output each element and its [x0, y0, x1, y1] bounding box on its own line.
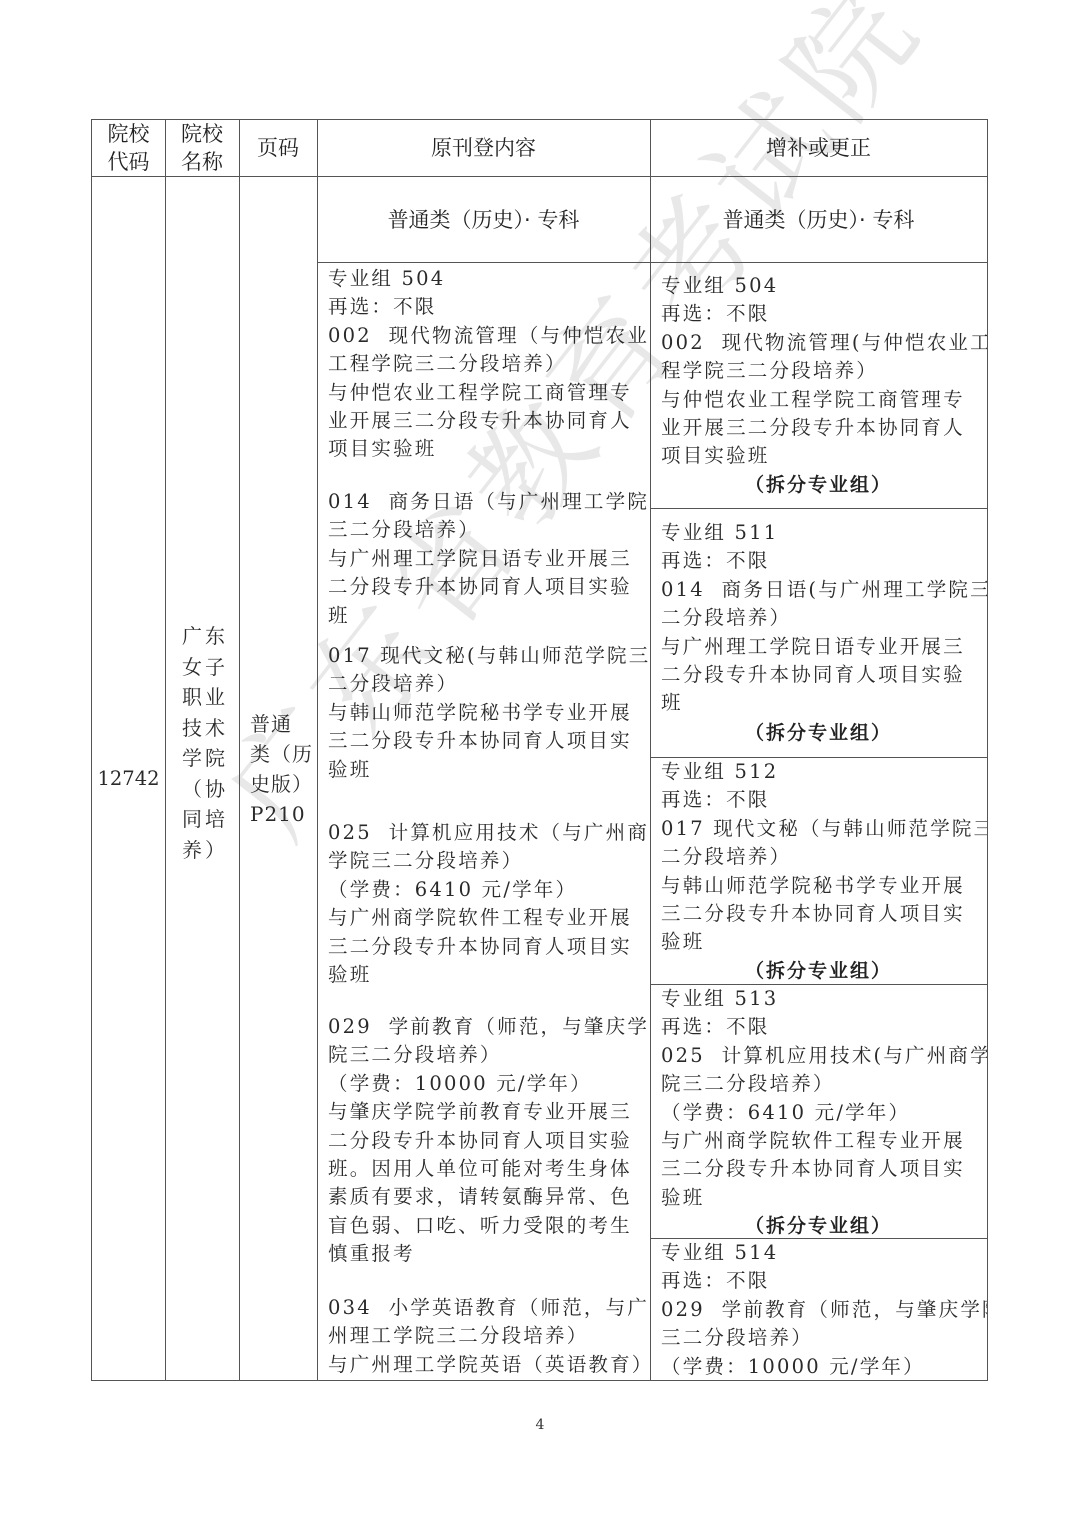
- split-group-note: （拆分专业组）: [650, 1211, 987, 1238]
- header-page: 页码: [239, 120, 317, 176]
- original-content-cell: 专业组 504 再选：不限 002 现代物流管理（与仲恺农业 工程学院三二分段培…: [317, 262, 650, 1380]
- correction-block-511: 专业组 511 再选：不限 014 商务日语(与广州理工学院三 二分段培养） 与…: [661, 519, 987, 718]
- corrections-table: 院校 代码 院校 名称 页码 原刊登内容 增补或更正 12742 广东 女子 职…: [91, 119, 988, 1381]
- original-subheader: 普通类（历史）· 专科: [317, 176, 650, 262]
- original-block-025: 025 计算机应用技术（与广州商 学院三二分段培养） （学费：6410 元/学年…: [328, 819, 649, 989]
- original-block-017: 017 现代文秘(与韩山师范学院三 二分段培养） 与韩山师范学院秘书学专业开展 …: [328, 642, 650, 784]
- school-code: 12742: [97, 767, 159, 790]
- school-name-cell: 广东 女子 职业 技术 学院 （协 同培 养）: [165, 176, 239, 1380]
- header-correction: 增补或更正: [650, 120, 987, 176]
- split-group-note: （拆分专业组）: [650, 718, 987, 745]
- page-number: 4: [0, 1417, 1080, 1433]
- school-code-cell: 12742: [92, 176, 165, 1380]
- correction-block-513: 专业组 513 再选：不限 025 计算机应用技术(与广州商学 院三二分段培养）…: [661, 985, 987, 1212]
- original-block-014: 014 商务日语（与广州理工学院 三二分段培养） 与广州理工学院日语专业开展三 …: [328, 488, 649, 630]
- original-block-504: 专业组 504 再选：不限 002 现代物流管理（与仲恺农业 工程学院三二分段培…: [328, 265, 649, 464]
- split-group-note: （拆分专业组）: [650, 470, 987, 497]
- header-school-name: 院校 名称: [165, 120, 239, 176]
- page-ref-cell: 普通 类（历 史版） P210: [239, 176, 317, 1380]
- original-block-034: 034 小学英语教育（师范，与广 州理工学院三二分段培养） 与广州理工学院英语（…: [328, 1294, 650, 1379]
- header-original-content: 原刊登内容: [317, 120, 650, 176]
- correction-subheader: 普通类（历史）· 专科: [650, 176, 987, 262]
- correction-block-512: 专业组 512 再选：不限 017 现代文秘（与韩山师范学院三 二分段培养） 与…: [661, 758, 987, 957]
- correction-content-cell: 专业组 504 再选：不限 002 现代物流管理(与仲恺农业工 程学院三二分段培…: [650, 262, 987, 1380]
- header-school-code: 院校 代码: [92, 120, 165, 176]
- correction-block-514: 专业组 514 再选：不限 029 学前教育（师范，与肇庆学院 三二分段培养） …: [661, 1239, 987, 1380]
- correction-block-504: 专业组 504 再选：不限 002 现代物流管理(与仲恺农业工 程学院三二分段培…: [661, 272, 987, 471]
- original-block-029: 029 学前教育（师范，与肇庆学 院三二分段培养） （学费：10000 元/学年…: [328, 1013, 649, 1269]
- document-page: 广东省教育考试院 院校 代码 院校 名称 页码 原刊登内容 增补或更正 1274…: [0, 0, 1080, 1526]
- split-group-note: （拆分专业组）: [650, 956, 987, 983]
- school-name: 广东 女子 职业 技术 学院 （协 同培 养）: [182, 621, 228, 865]
- page-reference: 普通 类（历 史版） P210: [250, 709, 313, 829]
